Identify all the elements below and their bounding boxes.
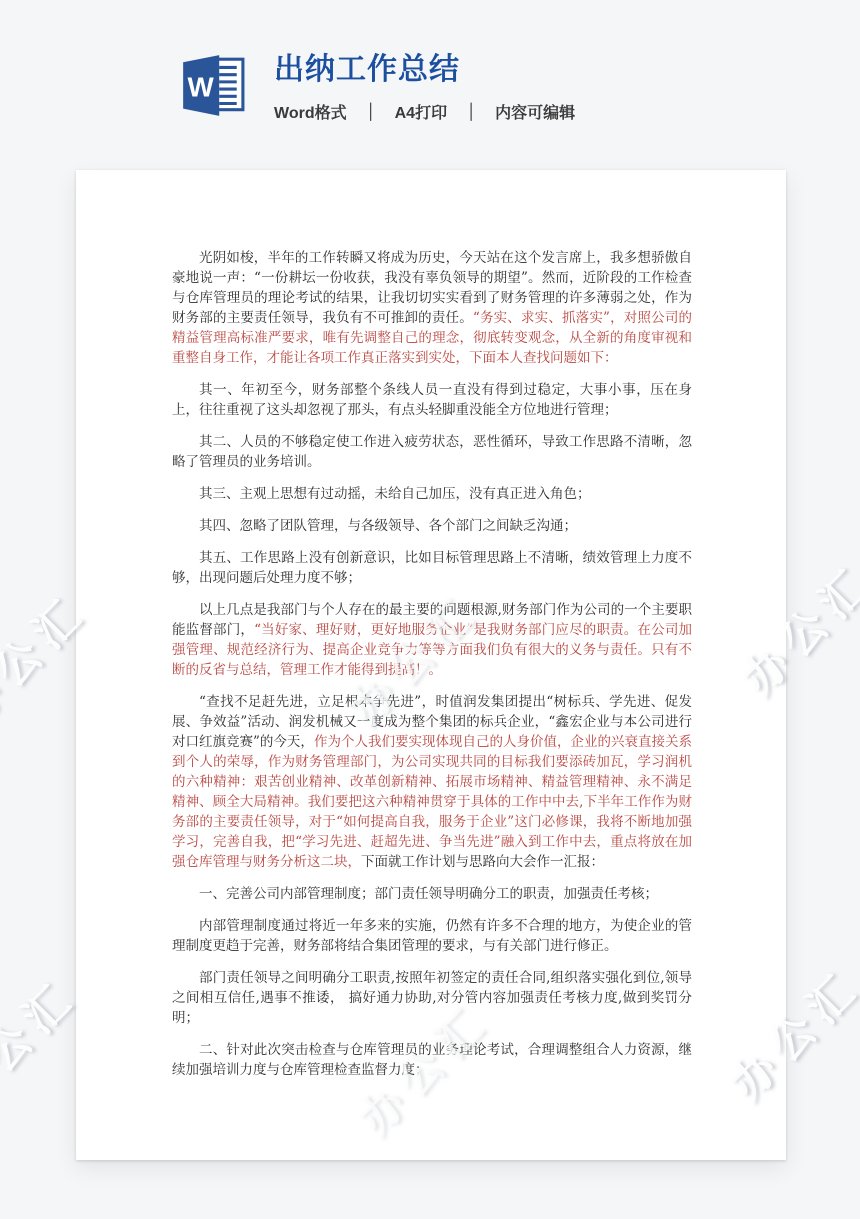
paragraph: 二、针对此次突击检查与仓库管理员的业务理论考试，合理调整组合人力资源，继续加强培… <box>172 1040 692 1080</box>
paragraph: 以上几点是我部门与个人存在的最主要的问题根源,财务部门作为公司的一个主要职能监督… <box>172 600 692 680</box>
paragraph: 内部管理制度通过将近一年多来的实施，仍然有许多不合理的地方，为使企业的管理制度更… <box>172 916 692 956</box>
paragraph: “查找不足赶先进，立足根本争先进”，时值润发集团提出“树标兵、学先进、促发展、争… <box>172 692 692 872</box>
text-run: 部门责任领导之间明确分工职责,按照年初签定的责任合同,组织落实强化到位,领导之间… <box>172 970 692 1026</box>
paragraph: 其四、忽略了团队管理，与各级领导、各个部门之间缺乏沟通； <box>172 516 692 536</box>
text-run: 其四、忽略了团队管理，与各级领导、各个部门之间缺乏沟通； <box>199 518 577 534</box>
document-header: W 出纳工作总结 Word格式 ｜ A4打印 ｜ 内容可编辑 <box>168 52 575 123</box>
paragraph: 部门责任领导之间明确分工职责,按照年初签定的责任合同,组织落实强化到位,领导之间… <box>172 968 692 1028</box>
meta-separator: ｜ <box>363 99 379 124</box>
document-body: 光阴如梭，半年的工作转瞬又将成为历史，今天站在这个发言席上，我多想骄傲自豪地说一… <box>76 170 786 1080</box>
title-block: 出纳工作总结 Word格式 ｜ A4打印 ｜ 内容可编辑 <box>274 52 575 123</box>
page-title: 出纳工作总结 <box>274 52 575 88</box>
word-icon: W <box>168 52 256 120</box>
paragraph: 其五、工作思路上没有创新意识，比如目标管理思路上不清晰，绩效管理上力度不够，出现… <box>172 548 692 588</box>
meta-editable: 内容可编辑 <box>495 100 575 123</box>
meta-format: Word格式 <box>274 100 347 123</box>
paragraph: 光阴如梭，半年的工作转瞬又将成为历史，今天站在这个发言席上，我多想骄傲自豪地说一… <box>172 248 692 368</box>
text-run: 内部管理制度通过将近一年多来的实施，仍然有许多不合理的地方，为使企业的管理制度更… <box>172 918 692 954</box>
text-run: 其二、人员的不够稳定使工作进入疲劳状态，恶性循环，导致工作思路不清晰，忽略了管理… <box>172 434 692 470</box>
paragraph: 其二、人员的不够稳定使工作进入疲劳状态，恶性循环，导致工作思路不清晰，忽略了管理… <box>172 432 692 472</box>
highlighted-text-run: 作为个人我们要实现体现自己的人身价值，企业的兴衰直接关系到个人的荣辱，作为财务管… <box>172 734 692 870</box>
paragraph: 其三、主观上思想有过动摇，未给自己加压，没有真正进入角色； <box>172 484 692 504</box>
text-run: 一、完善公司内部管理制度；部门责任领导明确分工的职责，加强责任考核； <box>199 886 658 902</box>
text-run: 其五、工作思路上没有创新意识，比如目标管理思路上不清晰，绩效管理上力度不够，出现… <box>172 550 692 586</box>
paragraph: 其一、年初至今，财务部整个条线人员一直没有得到过稳定，大事小事，压在身上，往往重… <box>172 380 692 420</box>
paragraph: 一、完善公司内部管理制度；部门责任领导明确分工的职责，加强责任考核； <box>172 884 692 904</box>
text-run: 其一、年初至今，财务部整个条线人员一直没有得到过稳定，大事小事，压在身上，往往重… <box>172 382 692 418</box>
text-run: 其三、主观上思想有过动摇，未给自己加压，没有真正进入角色； <box>199 486 591 502</box>
text-run: 二、针对此次突击检查与仓库管理员的业务理论考试，合理调整组合人力资源，继续加强培… <box>172 1042 692 1078</box>
meta-separator: ｜ <box>463 99 479 124</box>
document-meta: Word格式 ｜ A4打印 ｜ 内容可编辑 <box>274 100 575 123</box>
word-icon-svg: W <box>168 52 256 120</box>
meta-print: A4打印 <box>395 100 447 123</box>
document-page: 光阴如梭，半年的工作转瞬又将成为历史，今天站在这个发言席上，我多想骄傲自豪地说一… <box>76 170 786 1160</box>
text-run: 下面就工作计划与思路向大会作一汇报： <box>361 854 604 870</box>
word-icon-letter: W <box>188 71 215 102</box>
